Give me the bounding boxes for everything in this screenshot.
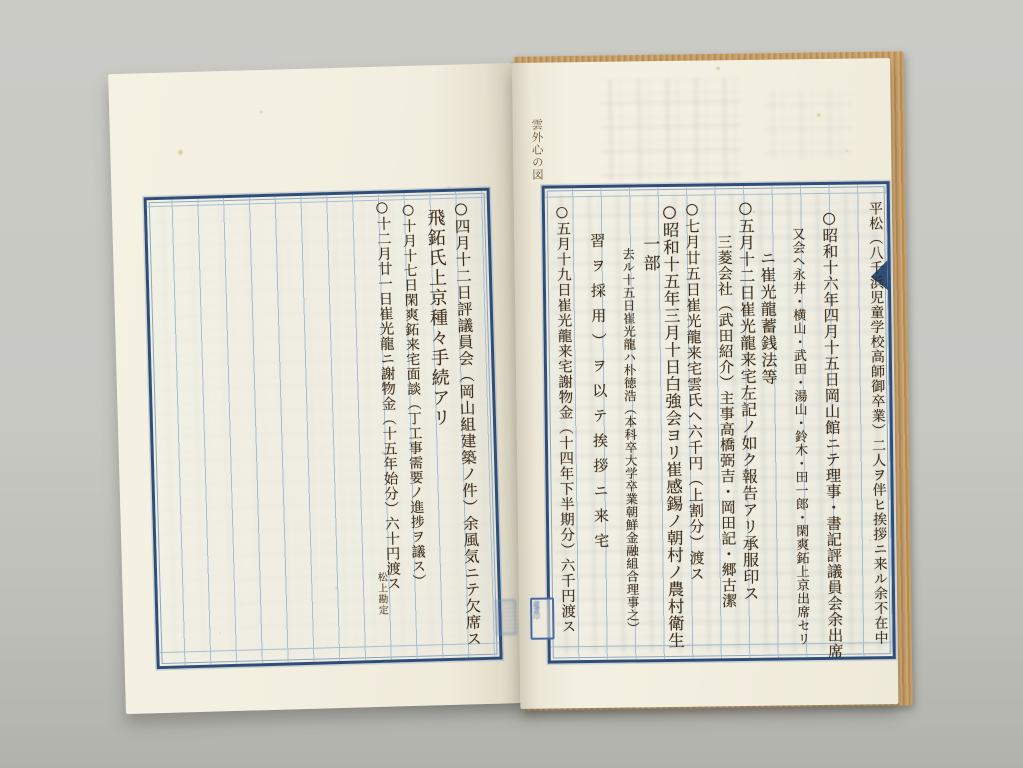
manuscript-column: ニ崔光龍蓄銭法等 bbox=[758, 250, 776, 386]
manuscript-column: ○七月廿五日崔光龍来宅雲氏ヘ六千円（上割分）渡ス bbox=[684, 200, 704, 582]
seal-bleedthrough bbox=[495, 599, 517, 636]
manuscript-column: ○五月十九日崔光龍来宅謝物金（十四年下半期分）六千円渡ス bbox=[554, 204, 574, 634]
manuscript-column: ○昭和十六年四月十五日岡山館ニテ理事・書記評議員会余出席 bbox=[820, 209, 841, 660]
manuscript-column: 去ル十五日崔光龍ハ朴徳浩（本科卒大学卒業朝鮮金融組合理事之） bbox=[621, 247, 639, 634]
photo-background: ○四月十二日評議員会（岡山組建築ノ件）余風気ニテ欠席ス 飛鉐氏上京種々手続アリ … bbox=[0, 0, 1023, 768]
manuscript-column: ○五月十二日崔光龍来宅左記ノ如ク報告アリ承服印ス bbox=[737, 198, 758, 602]
manuscript-column: 習ヲ採用）ヲ以テ挨拶ニ来宅 bbox=[589, 233, 608, 558]
manuscript-column: 又会ヘ永井・横山・武田・湯山・鈴木・田一郎・閑爽鉐上京出席セリ bbox=[790, 227, 808, 646]
ruled-frame-left: ○四月十二日評議員会（岡山組建築ノ件）余風気ニテ欠席ス 飛鉐氏上京種々手続アリ … bbox=[144, 188, 503, 669]
column-ruling bbox=[147, 191, 500, 666]
ruled-frame-right: 平松（八千浜児童学校高師御卒業）二人ヲ伴ヒ挨拶ニ来ル余不在中 ○昭和十六年四月十… bbox=[542, 181, 896, 664]
manuscript-column: ○十月十七日閑爽鉐来宅面談（丁工事需要ノ進捗ヲ議ス） bbox=[401, 202, 426, 589]
manuscript-column: 飛鉐氏上京種々手続アリ bbox=[425, 208, 449, 428]
manuscript-column: ○四月十二日評議員会（岡山組建築ノ件）余風気ニテ欠席ス bbox=[452, 199, 480, 647]
manuscript-column: 三菱会社（武田紹介）主事高橋弼吉・岡田記・郷古潔 bbox=[716, 234, 736, 609]
collection-seal-text: 蔵書印 bbox=[533, 601, 540, 619]
manuscript-column: ○昭和十五年三月十日白強会ヨリ崔感錫ノ朝村ノ農村衛生 bbox=[660, 202, 682, 649]
right-page: 雲外心の図 平松（八千浜児童学校高師御卒業）二人ヲ伴ヒ挨拶ニ来ル余不在中 ○昭和… bbox=[512, 58, 898, 709]
left-page: ○四月十二日評議員会（岡山組建築ノ件）余風気ニテ欠席ス 飛鉐氏上京種々手続アリ … bbox=[108, 63, 530, 714]
manuscript-column: 一部 bbox=[640, 235, 657, 273]
collection-seal: 蔵書印 bbox=[530, 597, 555, 639]
manuscript-column: ○十二月廿一日崔光龍ニ謝物金（十五年始分）六十円渡ス bbox=[374, 199, 399, 591]
marginal-note: 松上勘定 bbox=[375, 572, 386, 616]
header-annotation: 雲外心の図 bbox=[531, 119, 543, 182]
